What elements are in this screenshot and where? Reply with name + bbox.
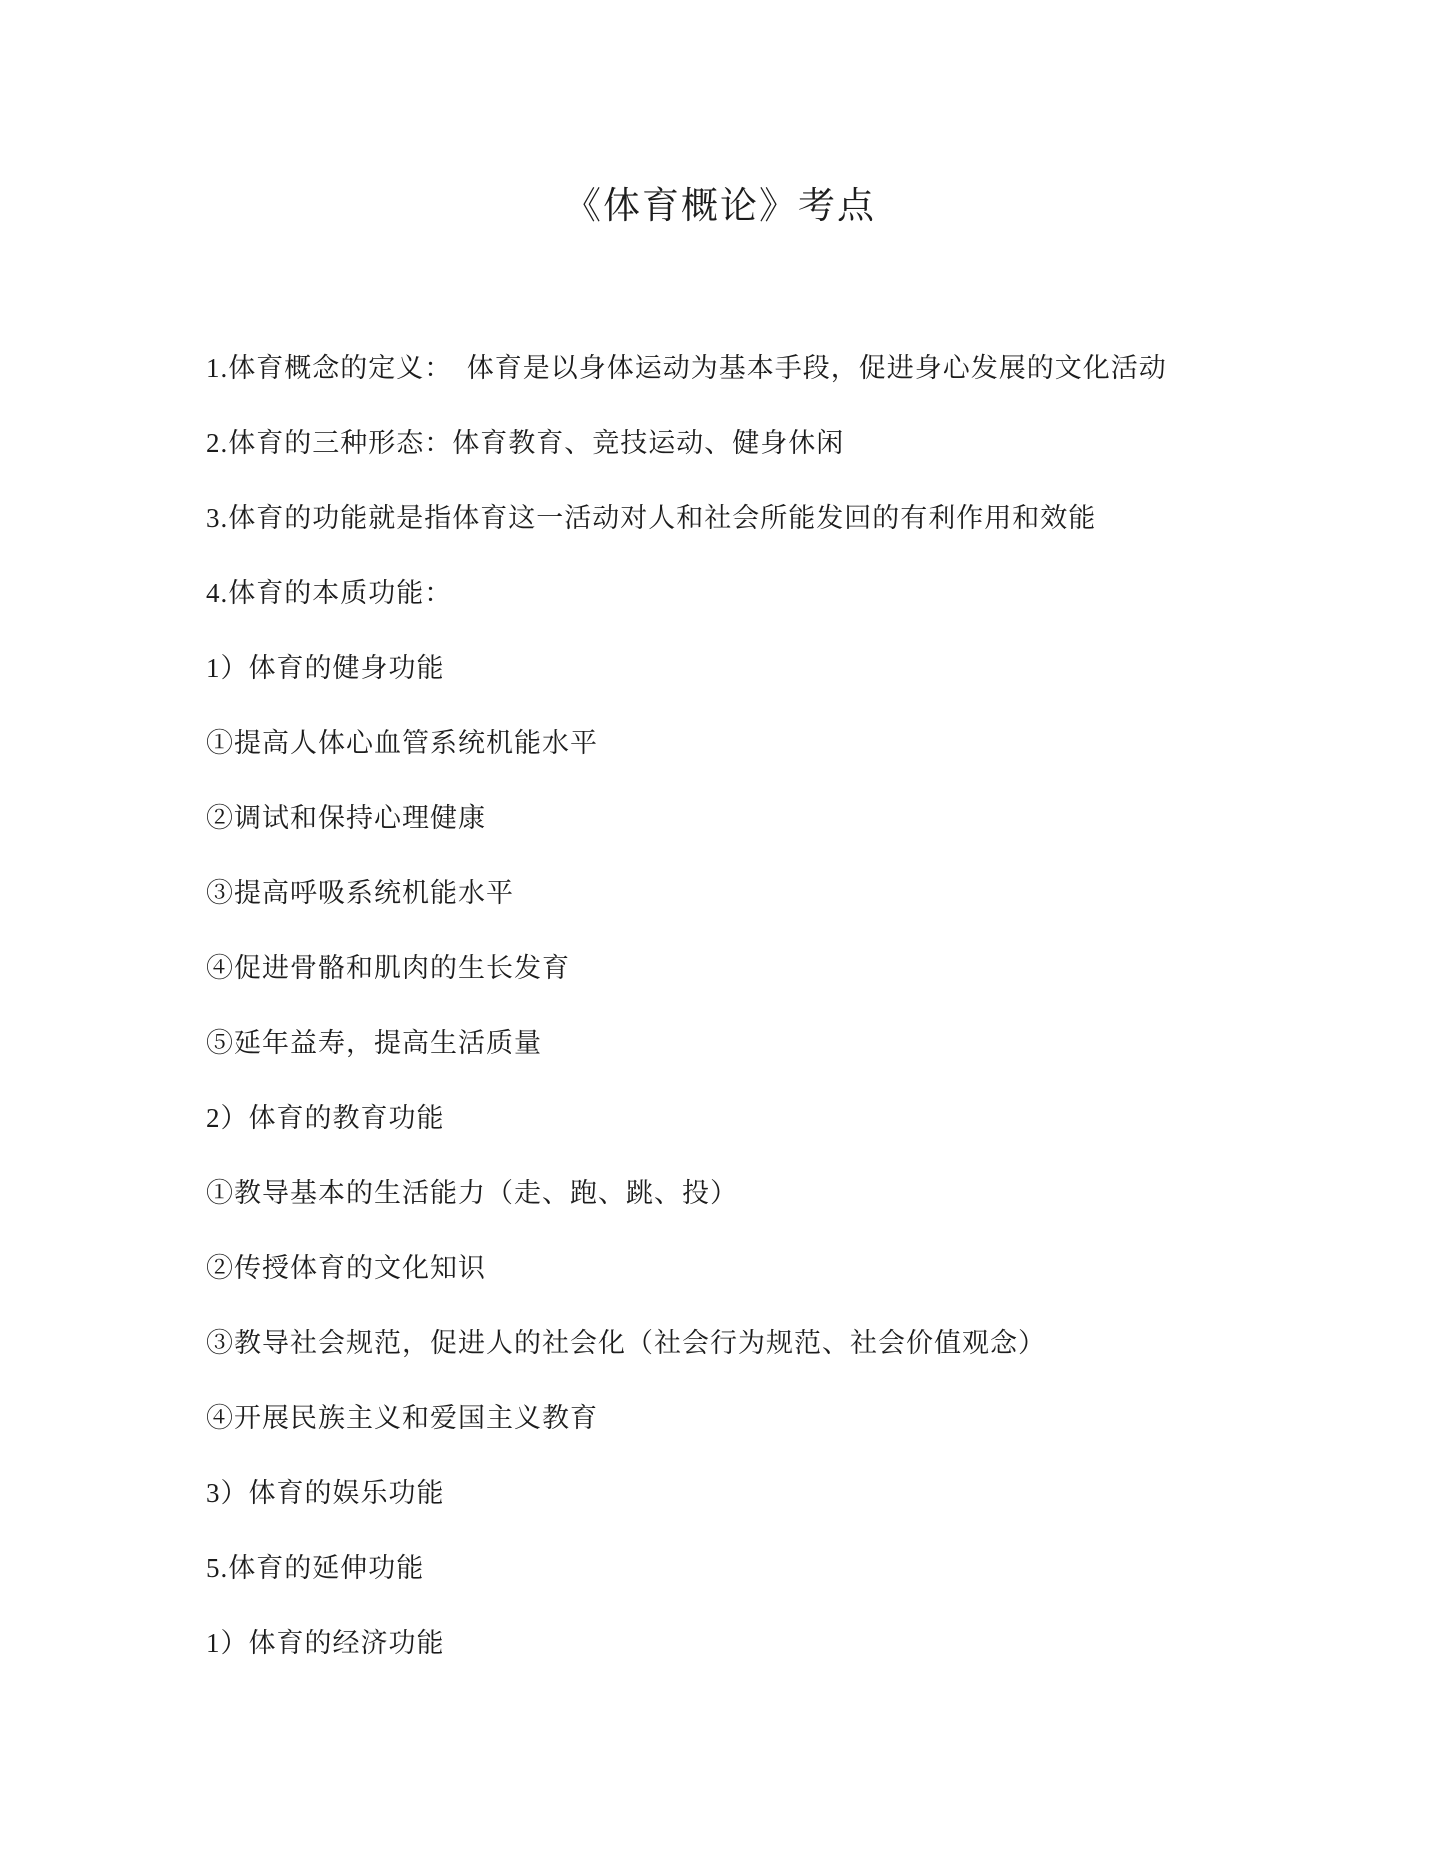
doc-line-respiratory: ③提高呼吸系统机能水平 <box>206 874 1320 912</box>
doc-line-mental-health: ②调试和保持心理健康 <box>206 799 1320 837</box>
doc-line-three-forms: 2.体育的三种形态：体育教育、竞技运动、健身休闲 <box>206 424 1320 462</box>
doc-line-culture-knowledge: ②传授体育的文化知识 <box>206 1249 1320 1287</box>
document-body: 1.体育概念的定义： 体育是以身体运动为基本手段，促进身心发展的文化活动 2.体… <box>0 349 1440 1662</box>
doc-line-cardio: ①提高人体心血管系统机能水平 <box>206 724 1320 762</box>
doc-line-longevity: ⑤延年益寿，提高生活质量 <box>206 1024 1320 1062</box>
doc-line-bones-muscles: ④促进骨骼和肌肉的生长发育 <box>206 949 1320 987</box>
doc-line-life-skills: ①教导基本的生活能力（走、跑、跳、投） <box>206 1174 1320 1212</box>
doc-line-extended-funcs: 5.体育的延伸功能 <box>206 1549 1320 1587</box>
doc-line-function-def: 3.体育的功能就是指体育这一活动对人和社会所能发回的有利作用和效能 <box>206 499 1320 537</box>
doc-line-fitness-func: 1）体育的健身功能 <box>206 649 1320 687</box>
doc-line-patriotism: ④开展民族主义和爱国主义教育 <box>206 1399 1320 1437</box>
document-page: 《体育概论》考点 1.体育概念的定义： 体育是以身体运动为基本手段，促进身心发展… <box>0 0 1440 1864</box>
doc-line-education-func: 2）体育的教育功能 <box>206 1099 1320 1137</box>
doc-line-economic-func: 1）体育的经济功能 <box>206 1624 1320 1662</box>
doc-line-definition: 1.体育概念的定义： 体育是以身体运动为基本手段，促进身心发展的文化活动 <box>206 349 1320 387</box>
doc-line-entertainment: 3）体育的娱乐功能 <box>206 1474 1320 1512</box>
doc-line-essential-funcs: 4.体育的本质功能： <box>206 574 1320 612</box>
doc-line-social-norms: ③教导社会规范，促进人的社会化（社会行为规范、社会价值观念） <box>206 1324 1320 1362</box>
document-title: 《体育概论》考点 <box>0 188 1440 225</box>
